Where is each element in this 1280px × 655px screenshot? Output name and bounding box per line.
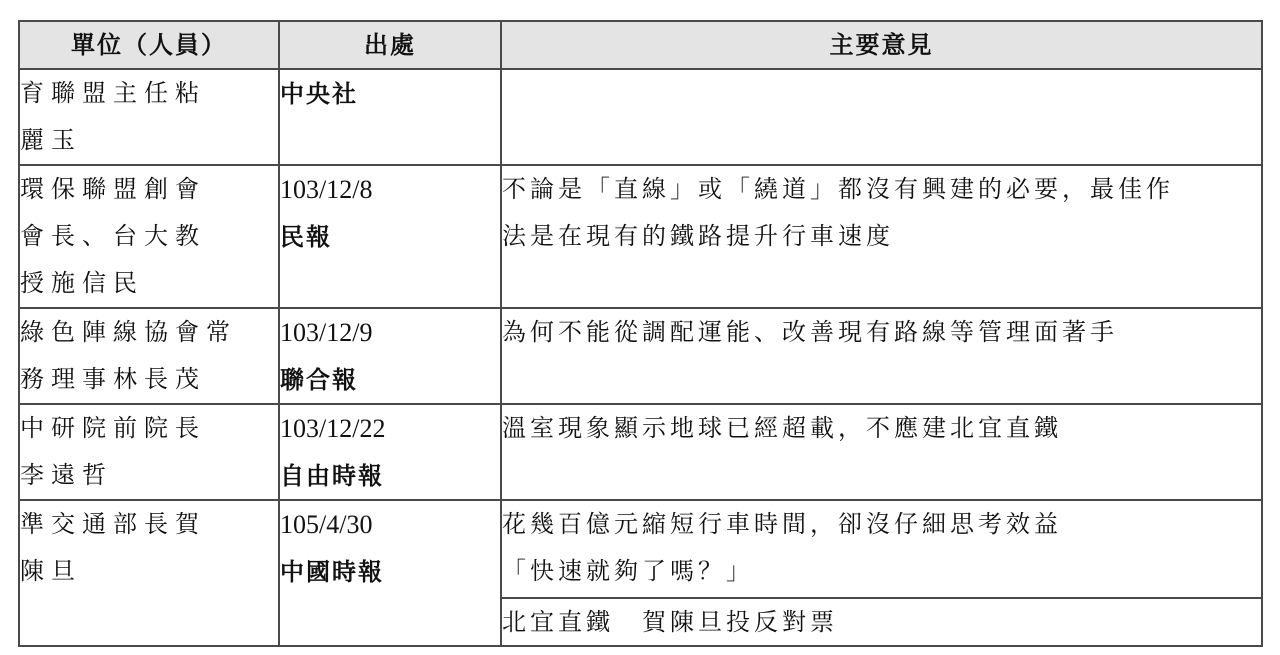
unit-text: 陳旦 bbox=[20, 548, 278, 595]
header-unit: 單位（人員） bbox=[19, 21, 279, 69]
source-cell: 中央社 bbox=[279, 69, 501, 165]
opinion-text: 溫室現象顯示地球已經超載，不應建北宜直鐵 bbox=[502, 405, 1261, 452]
unit-text: 授施信民 bbox=[20, 260, 278, 307]
unit-cell: 育聯盟主任粘 麗玉 bbox=[19, 69, 279, 165]
unit-text: 中研院前院長 bbox=[20, 405, 278, 452]
source-cell: 103/12/9 聯合報 bbox=[279, 308, 501, 404]
opinion-text: 為何不能從調配運能、改善現有路線等管理面著手 bbox=[502, 309, 1261, 356]
unit-text: 會長、台大教 bbox=[20, 213, 278, 260]
table-row: 育聯盟主任粘 麗玉 中央社 bbox=[19, 69, 1262, 165]
source-cell: 103/12/22 自由時報 bbox=[279, 404, 501, 500]
header-opinion: 主要意見 bbox=[501, 21, 1262, 69]
header-source: 出處 bbox=[279, 21, 501, 69]
publish-date: 103/12/8 bbox=[280, 166, 500, 213]
unit-text: 麗玉 bbox=[20, 117, 278, 164]
table-row: 環保聯盟創會 會長、台大教 授施信民 103/12/8 民報 不論是「直線」或「… bbox=[19, 165, 1262, 308]
publish-date: 105/4/30 bbox=[280, 501, 500, 548]
opinion-cell bbox=[501, 69, 1262, 165]
unit-text: 務理事林長茂 bbox=[20, 356, 278, 403]
unit-text: 環保聯盟創會 bbox=[20, 166, 278, 213]
publish-date: 103/12/22 bbox=[280, 405, 500, 452]
publish-date: 103/12/9 bbox=[280, 309, 500, 356]
opinions-table: 單位（人員） 出處 主要意見 育聯盟主任粘 麗玉 中央社 環保聯盟創會 會長、台… bbox=[18, 20, 1263, 647]
opinion-cell: 溫室現象顯示地球已經超載，不應建北宜直鐵 bbox=[501, 404, 1262, 500]
unit-cell: 環保聯盟創會 會長、台大教 授施信民 bbox=[19, 165, 279, 308]
unit-cell: 準交通部長賀 陳旦 bbox=[19, 500, 279, 646]
source-cell: 105/4/30 中國時報 bbox=[279, 500, 501, 646]
opinion-text: 不論是「直線」或「繞道」都沒有興建的必要，最佳作 bbox=[502, 166, 1261, 213]
source-cell: 103/12/8 民報 bbox=[279, 165, 501, 308]
opinion-text: 「快速就夠了嗎？」 bbox=[502, 548, 1261, 595]
opinion-text: 法是在現有的鐵路提升行車速度 bbox=[502, 213, 1261, 260]
table-row: 中研院前院長 李遠哲 103/12/22 自由時報 溫室現象顯示地球已經超載，不… bbox=[19, 404, 1262, 500]
unit-text: 準交通部長賀 bbox=[20, 501, 278, 548]
unit-text: 綠色陣線協會常 bbox=[20, 309, 278, 356]
table-row: 準交通部長賀 陳旦 105/4/30 中國時報 花幾百億元縮短行車時間，卻沒仔細… bbox=[19, 500, 1262, 598]
table-row: 綠色陣線協會常 務理事林長茂 103/12/9 聯合報 為何不能從調配運能、改善… bbox=[19, 308, 1262, 404]
newspaper-name: 聯合報 bbox=[280, 356, 500, 403]
unit-cell: 綠色陣線協會常 務理事林長茂 bbox=[19, 308, 279, 404]
opinion-cell: 為何不能從調配運能、改善現有路線等管理面著手 bbox=[501, 308, 1262, 404]
unit-cell: 中研院前院長 李遠哲 bbox=[19, 404, 279, 500]
unit-text: 李遠哲 bbox=[20, 452, 278, 499]
header-row: 單位（人員） 出處 主要意見 bbox=[19, 21, 1262, 69]
opinion-headline: 北宜直鐵 賀陳旦投反對票 bbox=[502, 599, 1261, 645]
newspaper-name: 中國時報 bbox=[280, 548, 500, 595]
opinion-cell: 不論是「直線」或「繞道」都沒有興建的必要，最佳作 法是在現有的鐵路提升行車速度 bbox=[501, 165, 1262, 308]
opinion-cell-extra: 北宜直鐵 賀陳旦投反對票 bbox=[501, 598, 1262, 646]
newspaper-name: 中央社 bbox=[280, 70, 500, 117]
unit-text: 育聯盟主任粘 bbox=[20, 70, 278, 117]
newspaper-name: 民報 bbox=[280, 213, 500, 260]
opinion-cell: 花幾百億元縮短行車時間，卻沒仔細思考效益 「快速就夠了嗎？」 bbox=[501, 500, 1262, 598]
opinion-text: 花幾百億元縮短行車時間，卻沒仔細思考效益 bbox=[502, 501, 1261, 548]
newspaper-name: 自由時報 bbox=[280, 452, 500, 499]
